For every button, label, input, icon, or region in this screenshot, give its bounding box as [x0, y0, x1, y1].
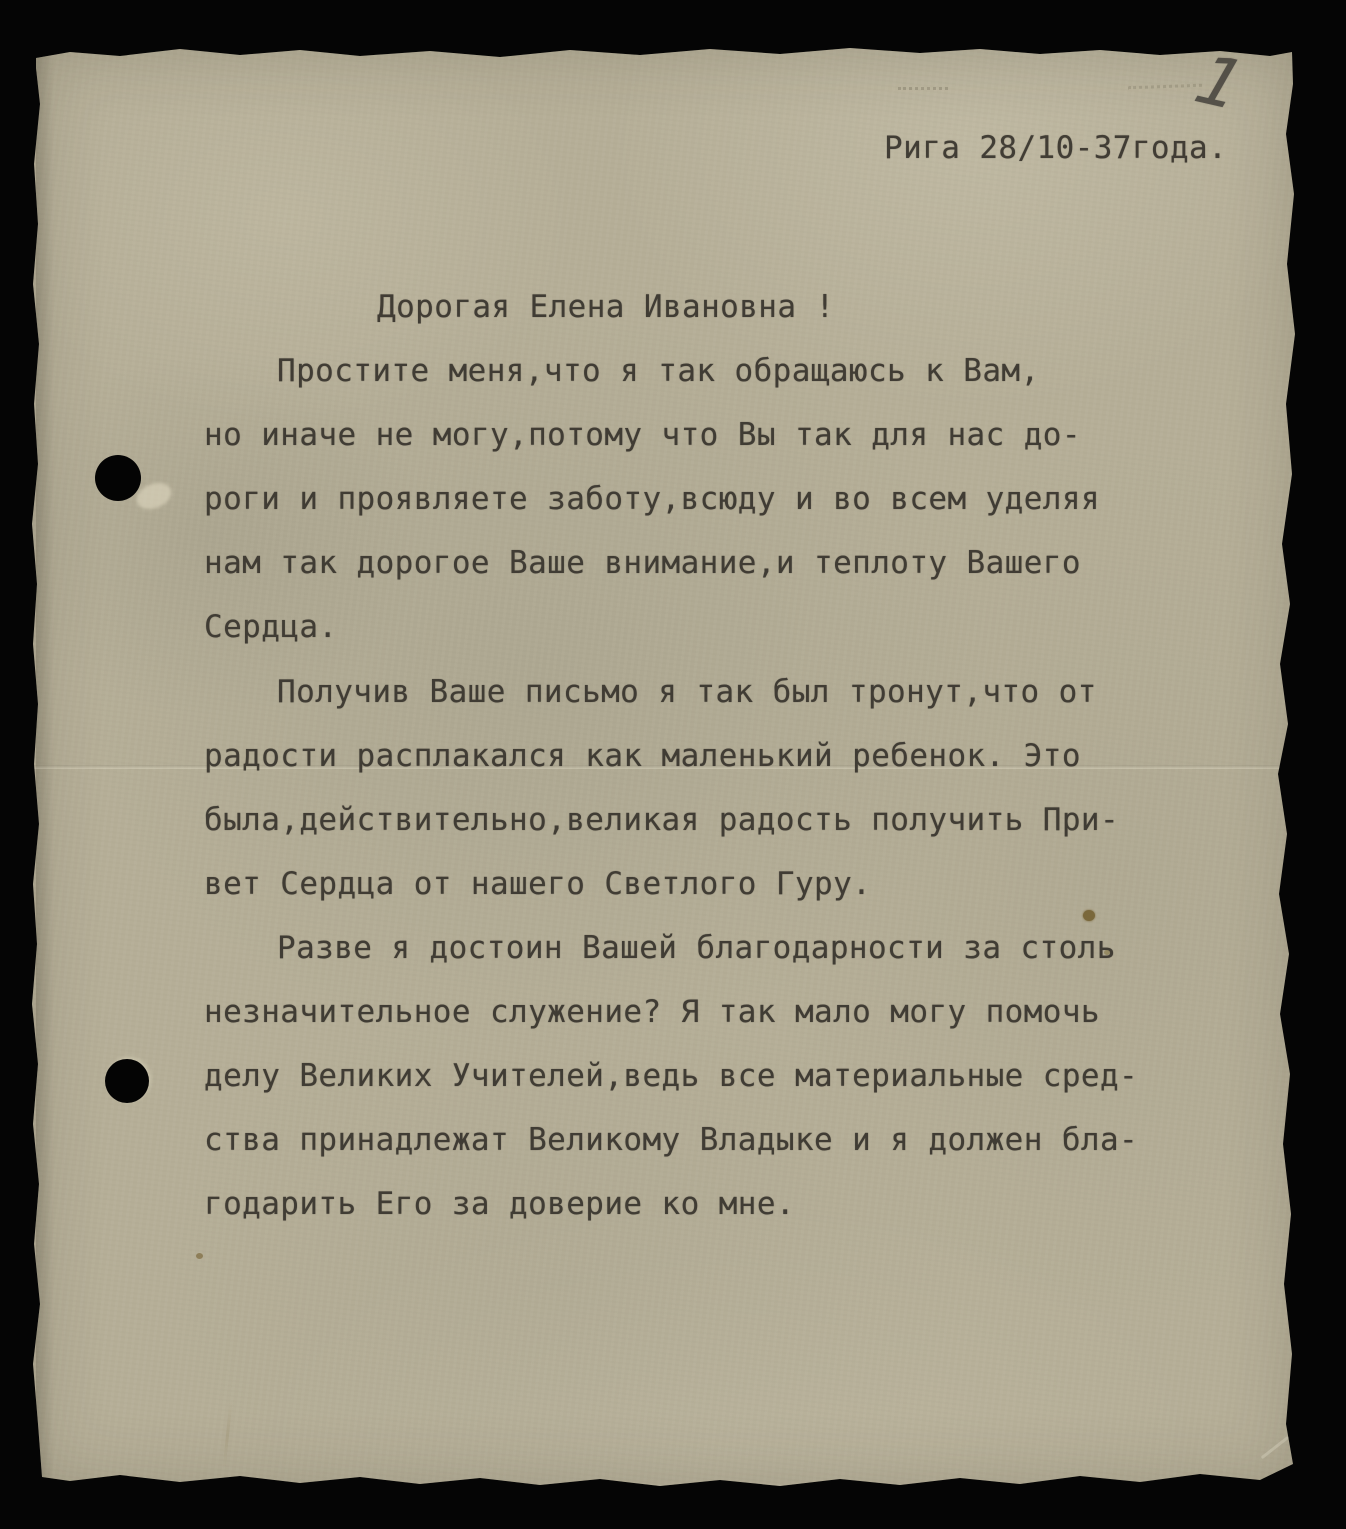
punch-hole-bottom [105, 1059, 149, 1103]
punch-hole-top [95, 455, 141, 501]
salutation: Дорогая Елена Ивановна ! [377, 292, 835, 323]
ghost-mark [1128, 84, 1202, 90]
letter-line: незначительное служение? Я так мало могу… [204, 997, 1100, 1028]
stain-spot [196, 1253, 203, 1259]
letter-line: Сердца. [204, 612, 337, 643]
stain-spot [1104, 950, 1110, 955]
letter-line: годарить Его за доверие ко мне. [204, 1189, 795, 1220]
letter-line: Простите меня,что я так обращаюсь к Вам, [277, 356, 1040, 387]
letter-line: Разве я достоин Вашей благодарности за с… [277, 933, 1116, 964]
stain-spot [1083, 910, 1095, 921]
letter-line: делу Великих Учителей,ведь все материаль… [204, 1061, 1138, 1092]
ink-speck [0, 0, 9, 4]
scan-background: 1 Рига 28/10-37года. Дорогая Елена Ивано… [0, 0, 1346, 1529]
letter-line: роги и проявляете заботу,всюду и во всем… [204, 484, 1100, 515]
letter-line: была,действительно,великая радость получ… [204, 805, 1119, 836]
letter-paper: 1 Рига 28/10-37года. Дорогая Елена Ивано… [30, 44, 1300, 1488]
letter-line: радости расплакался как маленький ребено… [204, 741, 1081, 772]
ghost-mark [898, 87, 948, 90]
letter-content: 1 Рига 28/10-37года. Дорогая Елена Ивано… [0, 0, 1346, 1529]
letter-line: вет Сердца от нашего Светлого Гуру. [204, 869, 871, 900]
letter-line: Получив Ваше письмо я так был тронут,что… [277, 677, 1097, 708]
letter-line: ства принадлежат Великому Владыке и я до… [204, 1125, 1138, 1156]
corner-scratch [1261, 1436, 1290, 1459]
letter-line: но иначе не могу,потому что Вы так для н… [204, 420, 1081, 451]
handwritten-page-number: 1 [1187, 47, 1251, 121]
dateline: Рига 28/10-37года. [884, 133, 1227, 164]
letter-line: нам так дорогое Ваше внимание,и теплоту … [204, 548, 1081, 579]
bottom-crease [222, 1400, 232, 1470]
